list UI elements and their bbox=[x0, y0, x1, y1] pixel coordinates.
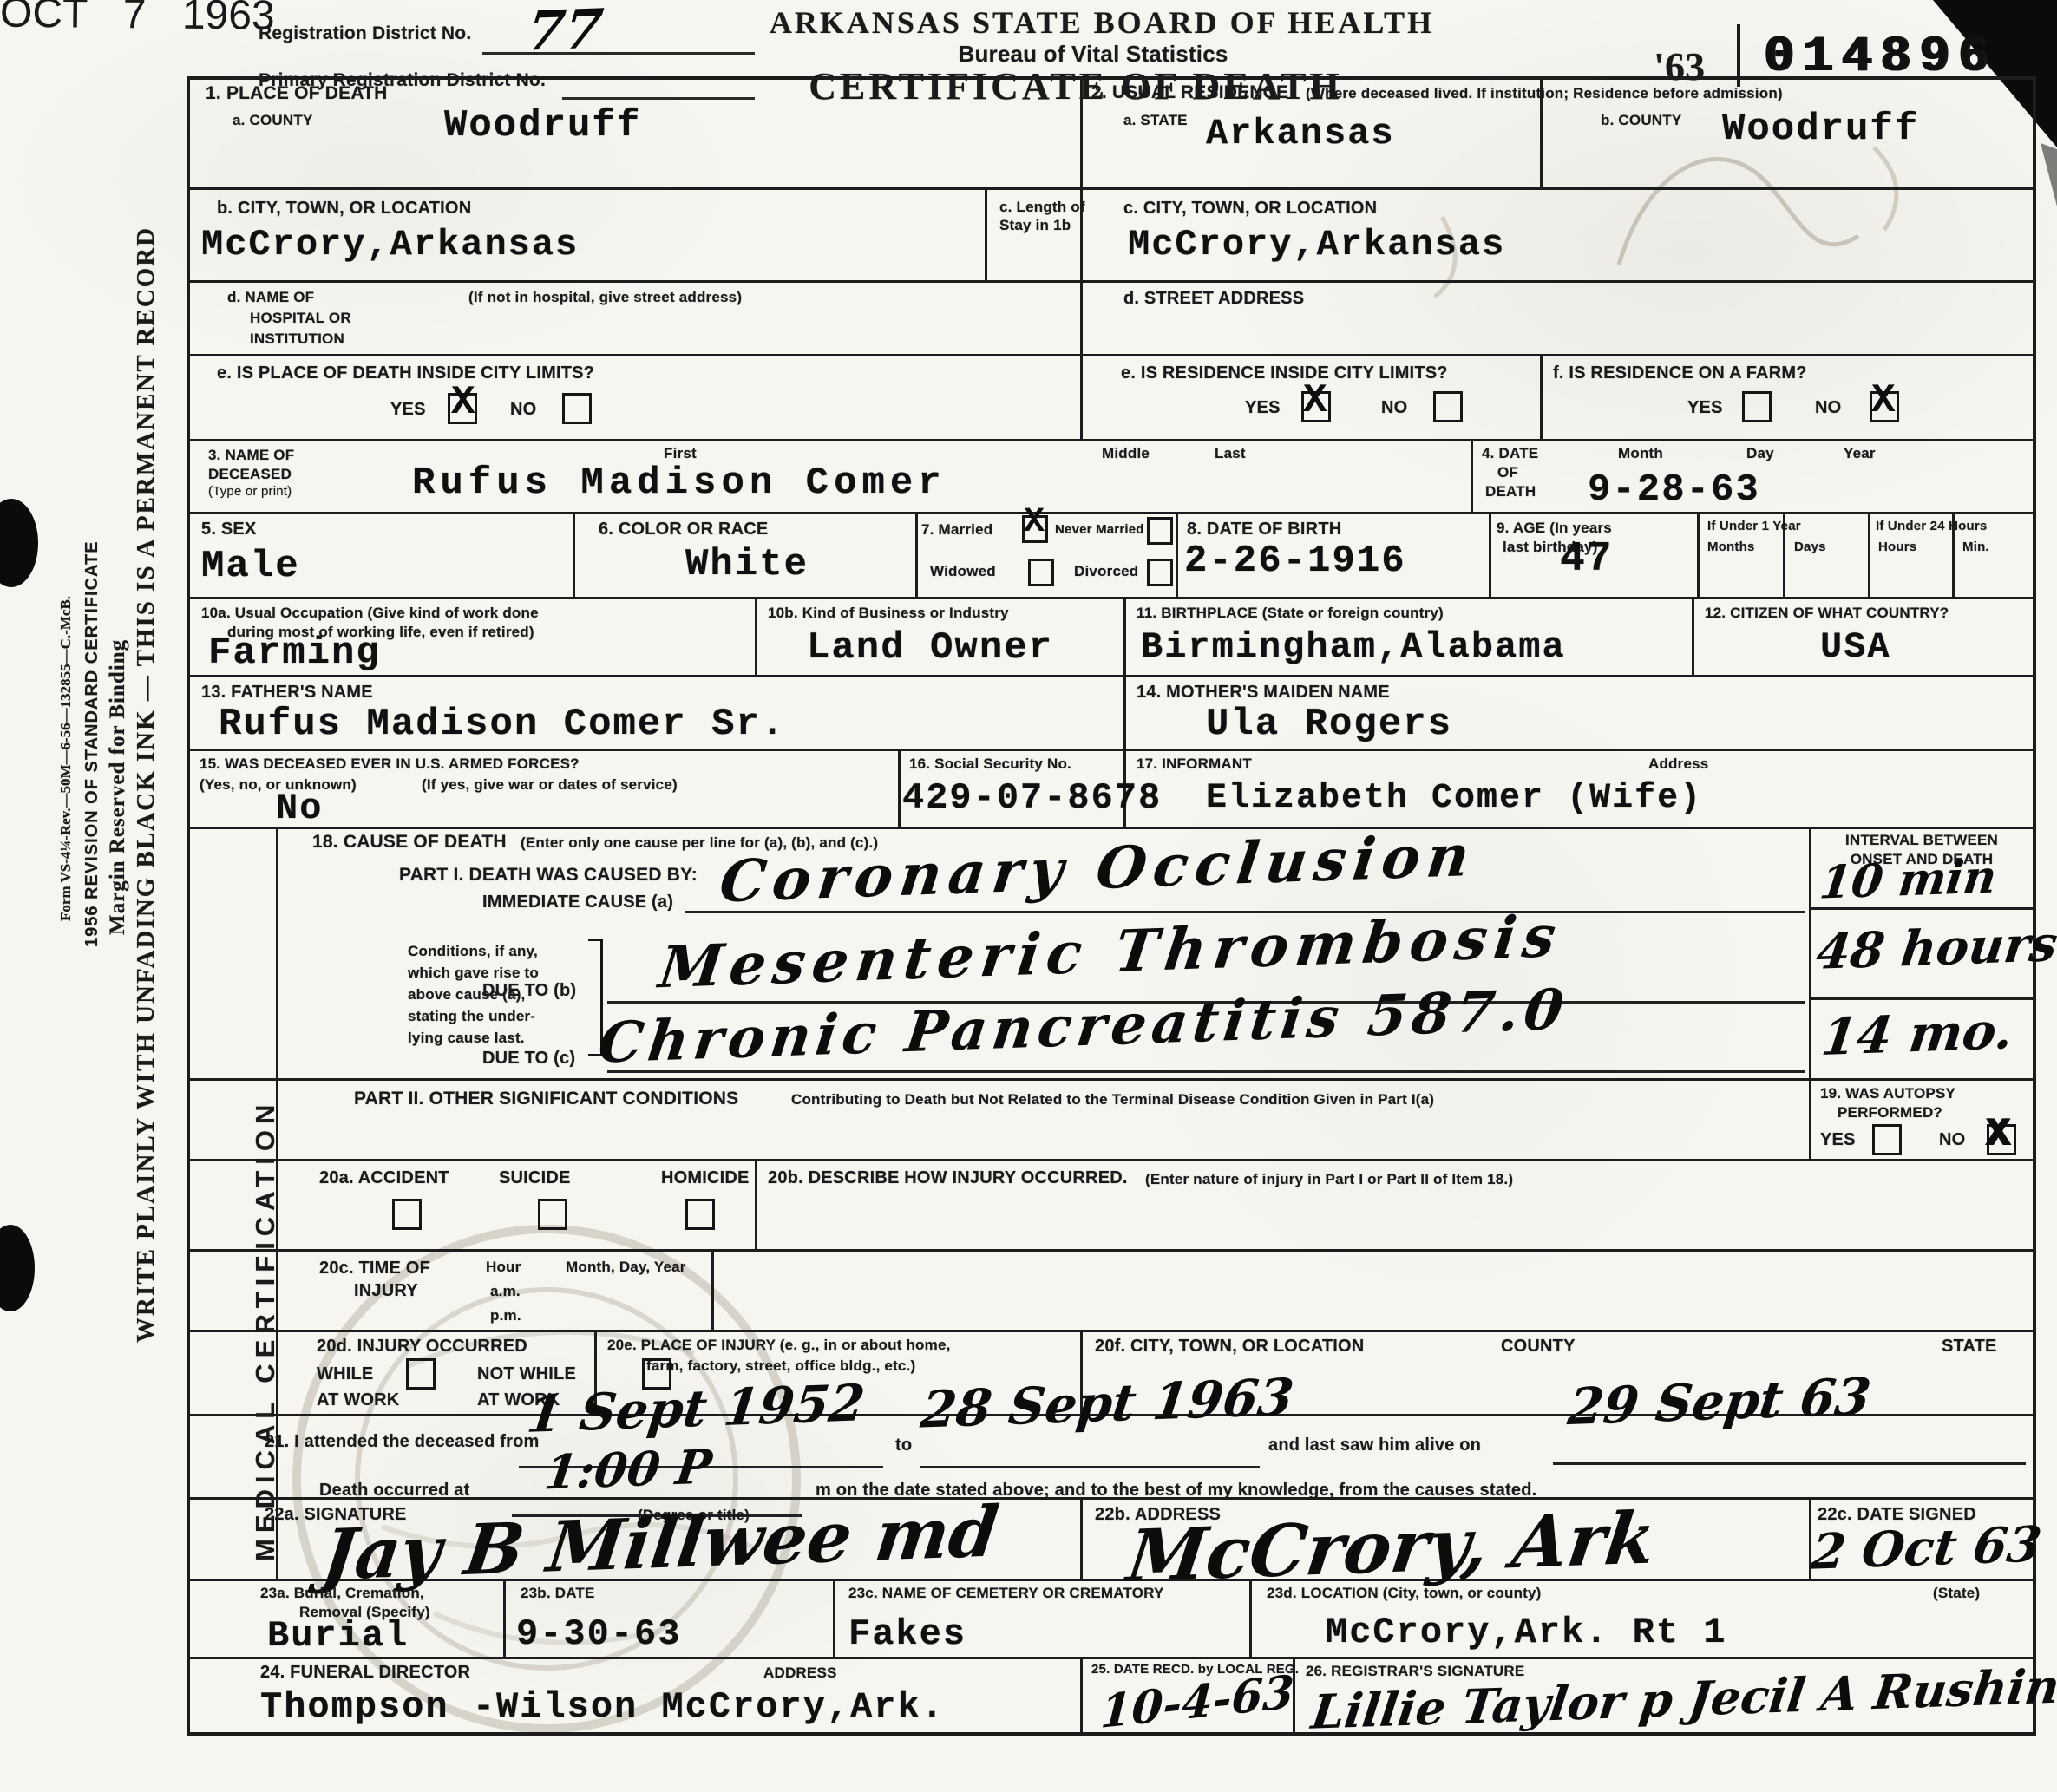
row-line bbox=[187, 1159, 2034, 1161]
field-3-first-label: First bbox=[664, 444, 697, 462]
death-certificate-scan: Form VS-4¼-Rev.—50M—6-56—132855—C.-McB. … bbox=[0, 0, 2057, 1792]
form-border-left bbox=[187, 76, 190, 1736]
checkbox-19-yes bbox=[1872, 1124, 1902, 1155]
row-line bbox=[187, 1078, 2034, 1081]
primary-district-line bbox=[562, 97, 755, 100]
field-20f-county-label: COUNTY bbox=[1501, 1336, 1576, 1357]
field-2d-label: d. STREET ADDRESS bbox=[1123, 288, 1304, 310]
field-20a-suicide-label: SUICIDE bbox=[499, 1167, 571, 1189]
field-20f-label: 20f. CITY, TOWN, OR LOCATION bbox=[1095, 1336, 1364, 1357]
field-16-value: 429-07-8678 bbox=[902, 777, 1162, 819]
checkbox-1e-yes-mark: X bbox=[451, 380, 475, 425]
field-12-label: 12. CITIZEN OF WHAT COUNTRY? bbox=[1705, 604, 1949, 622]
col-line bbox=[755, 597, 757, 675]
field-12-value: USA bbox=[1820, 626, 1891, 668]
col-line bbox=[755, 1159, 757, 1249]
checkbox-7-married-mark: X bbox=[1024, 503, 1045, 542]
field-9-value: 47 bbox=[1560, 536, 1614, 583]
field-20b-note: (Enter nature of injury in Part I or Par… bbox=[1145, 1170, 1513, 1188]
pencil-scribble bbox=[1619, 159, 1858, 265]
checkbox-2f-no-mark: X bbox=[1871, 378, 1896, 423]
row-line bbox=[187, 1249, 2034, 1252]
field-20f-state-label: STATE bbox=[1942, 1336, 1997, 1357]
field-3-label-3: (Type or print) bbox=[208, 484, 292, 500]
margin-revision-note: 1956 REVISION OF STANDARD CERTIFICATE bbox=[82, 540, 102, 947]
field-1d-label-3: INSTITUTION bbox=[250, 330, 344, 348]
col-line bbox=[1809, 1078, 1811, 1159]
checkbox-7-divorced bbox=[1147, 559, 1173, 586]
field-2f-yes-label: YES bbox=[1687, 397, 1723, 419]
col-line bbox=[1489, 512, 1491, 597]
field-1-label: 1. PLACE OF DEATH bbox=[206, 82, 388, 105]
field-2-note: (Where deceased lived. If institution; R… bbox=[1306, 84, 1783, 102]
field-20d-notwhile-label: NOT WHILE bbox=[477, 1364, 576, 1385]
field-14-value: Ula Rogers bbox=[1206, 703, 1452, 746]
form-border-right bbox=[2033, 76, 2036, 1736]
col-line bbox=[1080, 76, 1083, 439]
field-5-value: Male bbox=[201, 545, 300, 588]
field-20d-atwork-label: AT WORK bbox=[317, 1390, 399, 1411]
field-9-under24-label: If Under 24 Hours bbox=[1876, 519, 1987, 535]
field-3-label-2: DECEASED bbox=[208, 465, 292, 483]
col-line bbox=[573, 512, 575, 597]
field-2f-label: f. IS RESIDENCE ON A FARM? bbox=[1553, 363, 1807, 384]
field-3-middle-label: Middle bbox=[1102, 444, 1150, 462]
field-20e-label-1: 20e. PLACE OF INJURY (e. g., in or about… bbox=[607, 1336, 951, 1354]
field-20c-hour-label: Hour bbox=[486, 1258, 521, 1276]
field-23d-value: McCrory,Ark. Rt 1 bbox=[1326, 1612, 1726, 1653]
col-line bbox=[898, 749, 901, 827]
field-18-cond-1: Conditions, if any, bbox=[408, 942, 538, 960]
field-8-value: 2-26-1916 bbox=[1184, 540, 1406, 583]
field-18-cond-4: stating the under- bbox=[408, 1007, 535, 1025]
form-border-top bbox=[187, 76, 2036, 80]
field-18-due-c-label: DUE TO (c) bbox=[482, 1048, 575, 1069]
field-1d-label-2: HOSPITAL OR bbox=[250, 309, 351, 327]
field-21-from-value: 1 Sept 1952 bbox=[524, 1373, 868, 1444]
field-5-label: 5. SEX bbox=[201, 519, 256, 540]
field-24-address-label: ADDRESS bbox=[763, 1664, 837, 1682]
part2-label: PART II. OTHER SIGNIFICANT CONDITIONS bbox=[354, 1088, 738, 1110]
field-1b-value: McCrory,Arkansas bbox=[201, 224, 579, 265]
field-1e-yes-label: YES bbox=[390, 399, 426, 421]
col-line bbox=[1868, 512, 1870, 597]
col-line bbox=[915, 512, 918, 597]
field-4-label-3: DEATH bbox=[1485, 482, 1536, 500]
row-line bbox=[187, 439, 2034, 441]
row-line bbox=[187, 1657, 2034, 1659]
field-2e-no-label: NO bbox=[1381, 397, 1407, 419]
field-15-label: 15. WAS DECEASED EVER IN U.S. ARMED FORC… bbox=[200, 755, 580, 773]
field-24-label: 24. FUNERAL DIRECTOR bbox=[260, 1662, 470, 1684]
field-2a-value: Arkansas bbox=[1206, 113, 1395, 154]
field-4-label-2: OF bbox=[1497, 463, 1518, 481]
field-2b-value: Woodruff bbox=[1722, 108, 1919, 151]
col-line bbox=[1080, 1497, 1083, 1579]
interval-a-value: 10 min bbox=[1817, 850, 1999, 909]
col-line bbox=[1176, 512, 1178, 597]
margin-form-code: Form VS-4¼-Rev.—50M—6-56—132855—C.-McB. bbox=[57, 596, 75, 921]
checkbox-19-no-mark: X bbox=[1985, 1112, 2009, 1157]
row-line bbox=[187, 280, 2034, 283]
field-10a-label-1: 10a. Usual Occupation (Give kind of work… bbox=[201, 604, 539, 622]
field-2c-label: c. CITY, TOWN, OR LOCATION bbox=[1123, 198, 1377, 219]
field-17-label: 17. INFORMANT bbox=[1137, 755, 1252, 773]
row-line bbox=[187, 354, 2034, 356]
col-line bbox=[1697, 512, 1700, 597]
field-20c-am-label: a.m. bbox=[490, 1282, 521, 1300]
field-19-label-1: 19. WAS AUTOPSY bbox=[1820, 1084, 1955, 1102]
checkbox-2e-yes-mark: X bbox=[1303, 378, 1327, 423]
checkbox-7-widowed bbox=[1028, 559, 1054, 586]
field-13-value: Rufus Madison Comer Sr. bbox=[219, 703, 785, 746]
part2-note: Contributing to Death but Not Related to… bbox=[791, 1090, 1434, 1109]
checkbox-7-never bbox=[1147, 517, 1173, 545]
checkbox-2f-yes bbox=[1742, 391, 1772, 422]
col-line bbox=[1123, 597, 1126, 675]
field-20c-pm-label: p.m. bbox=[490, 1306, 521, 1324]
field-9-min-label: Min. bbox=[1962, 540, 1989, 556]
field-7-widowed-label: Widowed bbox=[930, 562, 996, 580]
field-18-due-b-label: DUE TO (b) bbox=[482, 980, 576, 1002]
checkbox-20a-accident bbox=[392, 1199, 422, 1230]
checkbox-2e-no bbox=[1433, 391, 1463, 422]
field-21-time-value: 1:00 P bbox=[541, 1438, 715, 1500]
field-2f-no-label: NO bbox=[1815, 397, 1841, 419]
row-line bbox=[187, 675, 2034, 677]
field-17-address-label: Address bbox=[1648, 755, 1708, 773]
medical-strip-line bbox=[276, 827, 278, 1579]
field-7-divorced-label: Divorced bbox=[1074, 562, 1138, 580]
field-9-hours-label: Hours bbox=[1878, 540, 1916, 556]
field-21-lastsaw-label: and last saw him alive on bbox=[1268, 1435, 1481, 1456]
field-6-value: White bbox=[685, 543, 809, 586]
field-23b-label: 23b. DATE bbox=[521, 1584, 595, 1602]
field-2a-label: a. STATE bbox=[1123, 111, 1188, 129]
interval-header-1: INTERVAL BETWEEN bbox=[1813, 831, 2030, 849]
row-line bbox=[187, 597, 2034, 599]
field-19-label-2: PERFORMED? bbox=[1838, 1103, 1942, 1122]
field-1e-no-label: NO bbox=[510, 399, 536, 421]
field-20c-mdy-label: Month, Day, Year bbox=[566, 1258, 704, 1276]
col-line bbox=[985, 187, 987, 280]
field-9-days-label: Days bbox=[1794, 540, 1826, 556]
field-3-last-label: Last bbox=[1215, 444, 1246, 462]
field-4-value: 9-28-63 bbox=[1588, 468, 1760, 512]
field-15-note-2: (If yes, give war or dates of service) bbox=[422, 775, 678, 794]
col-line bbox=[1080, 1657, 1083, 1732]
field-20c-label-1: 20c. TIME OF bbox=[319, 1258, 430, 1279]
field-18-part1-label: PART I. DEATH WAS CAUSED BY: bbox=[399, 864, 698, 886]
row-line bbox=[187, 512, 2034, 514]
field-21-to-value: 28 Sept 1963 bbox=[918, 1367, 1297, 1439]
field-7-never-label: Never Married bbox=[1055, 522, 1144, 539]
field-11-label: 11. BIRTHPLACE (State or foreign country… bbox=[1137, 604, 1444, 622]
field-3-value: Rufus Madison Comer bbox=[412, 461, 947, 505]
field-23c-label: 23c. NAME OF CEMETERY OR CREMATORY bbox=[848, 1584, 1164, 1602]
field-20a-accident-label: 20a. ACCIDENT bbox=[319, 1167, 449, 1189]
field-2e-yes-label: YES bbox=[1245, 397, 1281, 419]
field-7-married-label: 7. Married bbox=[921, 520, 992, 539]
field-10b-label: 10b. Kind of Business or Industry bbox=[768, 604, 1009, 622]
field-18-cond-5: lying cause last. bbox=[408, 1029, 525, 1047]
field-4-year-label: Year bbox=[1844, 444, 1876, 462]
field-11-value: Birmingham,Alabama bbox=[1141, 626, 1566, 668]
cause-c-line bbox=[607, 1070, 1805, 1073]
field-4-day-label: Day bbox=[1746, 444, 1774, 462]
field-1b-label: b. CITY, TOWN, OR LOCATION bbox=[217, 198, 471, 219]
field-21-death-at-label: Death occurred at bbox=[319, 1480, 469, 1501]
col-line bbox=[1809, 827, 1811, 1078]
field-21-to-label: to bbox=[895, 1435, 912, 1456]
field-20d-label: 20d. INJURY OCCURRED bbox=[317, 1336, 527, 1357]
field-1a-value: Woodruff bbox=[444, 104, 641, 147]
field-2e-label: e. IS RESIDENCE INSIDE CITY LIMITS? bbox=[1121, 363, 1448, 384]
row-line bbox=[187, 749, 2034, 751]
field-14-label: 14. MOTHER'S MAIDEN NAME bbox=[1137, 682, 1390, 703]
field-1c-label: c. Length of Stay in 1b bbox=[999, 198, 1104, 235]
field-4-month-label: Month bbox=[1618, 444, 1663, 462]
col-line bbox=[711, 1249, 714, 1330]
field-22c-value: 2 Oct 63 bbox=[1808, 1515, 2045, 1581]
field-23a-label-1: 23a. Burial, Cremation, bbox=[260, 1584, 424, 1602]
field-15-value: No bbox=[276, 788, 323, 829]
interval-b-value: 48 hours bbox=[1813, 915, 2057, 981]
field-21-lastsaw-line bbox=[1553, 1462, 2026, 1465]
field-23b-value: 9-30-63 bbox=[516, 1613, 681, 1655]
checkbox-20d-while bbox=[406, 1358, 436, 1390]
interval-line bbox=[1809, 997, 2033, 1000]
margin-permanent-note: WRITE PLAINLY WITH UNFADING BLACK INK — … bbox=[132, 226, 160, 1343]
field-17-value: Elizabeth Comer (Wife) bbox=[1206, 779, 1702, 818]
field-23d-state-label: (State) bbox=[1933, 1584, 1980, 1602]
field-1d-note: (If not in hospital, give street address… bbox=[468, 288, 742, 306]
field-10a-value: Farming bbox=[208, 631, 381, 675]
punch-hole-bottom bbox=[0, 1225, 35, 1311]
row-line bbox=[187, 827, 2034, 829]
field-24-value: Thompson -Wilson McCrory,Ark. bbox=[260, 1686, 945, 1728]
field-20e-label-2: farm, factory, street, office bldg., etc… bbox=[646, 1357, 915, 1375]
field-13-label: 13. FATHER'S NAME bbox=[201, 682, 373, 703]
field-2-label: 2. USUAL RESIDENCE bbox=[1091, 82, 1288, 104]
field-18-label: 18. CAUSE OF DEATH bbox=[312, 831, 507, 853]
field-19-yes-label: YES bbox=[1820, 1129, 1856, 1151]
field-20a-homicide-label: HOMICIDE bbox=[661, 1167, 750, 1189]
col-line bbox=[833, 1579, 835, 1657]
field-1a-label: a. COUNTY bbox=[233, 111, 312, 129]
checkbox-20a-suicide bbox=[538, 1199, 567, 1230]
field-21-lead-label: 21. I attended the deceased from bbox=[265, 1431, 540, 1453]
field-1e-label: e. IS PLACE OF DEATH INSIDE CITY LIMITS? bbox=[217, 363, 594, 384]
registration-district-line bbox=[482, 52, 755, 55]
field-20b-label: 20b. DESCRIBE HOW INJURY OCCURRED. bbox=[768, 1167, 1128, 1189]
field-4-label-1: 4. DATE bbox=[1482, 444, 1538, 462]
field-9-months-label: Months bbox=[1707, 540, 1755, 556]
row-line bbox=[187, 1330, 2034, 1332]
col-line bbox=[1540, 354, 1543, 439]
field-20d-while-label: WHILE bbox=[317, 1364, 373, 1385]
field-8-label: 8. DATE OF BIRTH bbox=[1187, 519, 1341, 540]
field-10b-value: Land Owner bbox=[807, 626, 1053, 670]
field-19-no-label: NO bbox=[1939, 1129, 1965, 1151]
field-9-under1yr-label: If Under 1 Year bbox=[1707, 519, 1801, 535]
field-16-label: 16. Social Security No. bbox=[909, 755, 1071, 773]
field-2c-value: McCrory,Arkansas bbox=[1128, 224, 1505, 265]
field-9-label-1: 9. AGE (In years bbox=[1497, 519, 1612, 537]
field-21-to-line bbox=[920, 1466, 1260, 1468]
field-23a-value: Burial bbox=[267, 1615, 409, 1657]
field-23c-value: Fakes bbox=[848, 1613, 966, 1655]
field-21-lastsaw-value: 29 Sept 63 bbox=[1565, 1367, 1874, 1436]
field-18-immediate-label: IMMEDIATE CAUSE (a) bbox=[482, 892, 673, 913]
field-6-label: 6. COLOR OR RACE bbox=[599, 519, 768, 540]
col-line bbox=[1471, 439, 1473, 512]
margin-binding-note: Margin Reserved for Binding bbox=[106, 639, 130, 935]
row-line bbox=[187, 187, 2034, 190]
field-2b-label: b. COUNTY bbox=[1601, 111, 1681, 129]
interval-c-value: 14 mo. bbox=[1818, 1001, 2016, 1067]
field-3-label-1: 3. NAME OF bbox=[208, 446, 294, 464]
field-20c-label-2: INJURY bbox=[354, 1280, 418, 1302]
field-23d-label: 23d. LOCATION (City, town, or county) bbox=[1267, 1584, 1542, 1602]
checkbox-20a-homicide bbox=[685, 1199, 715, 1230]
field-1d-label-1: d. NAME OF bbox=[227, 288, 314, 306]
punch-hole-top bbox=[0, 499, 38, 587]
col-line bbox=[503, 1579, 506, 1657]
edge-smudge bbox=[2041, 143, 2057, 206]
col-line bbox=[1692, 597, 1694, 675]
checkbox-1e-no bbox=[562, 393, 592, 424]
col-line bbox=[1123, 675, 1126, 749]
